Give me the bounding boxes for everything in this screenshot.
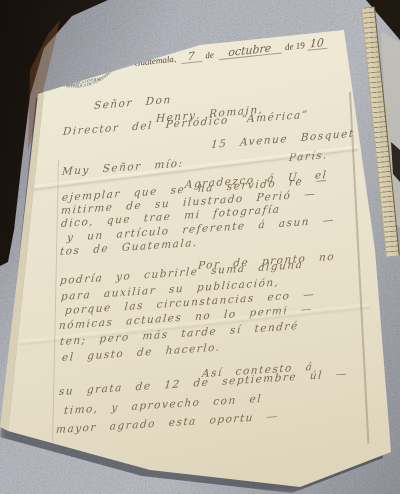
of-label-2: de 19 [284,40,305,52]
handwritten-line: Señor Don [94,94,172,112]
month-value: octubre [228,44,272,58]
day-value: 7 [187,52,195,62]
margin-guide-left [52,160,59,442]
year-value: 10 [309,38,324,49]
year-blank: 10 [306,38,327,51]
month-blank: octubre [217,43,281,61]
of-label-1: de [205,50,214,61]
day-blank: 7 [180,51,202,64]
photo-of-letter: EL PRESIDENTE DE LA REPÚBLICA DE GUATEMA… [0,0,400,494]
